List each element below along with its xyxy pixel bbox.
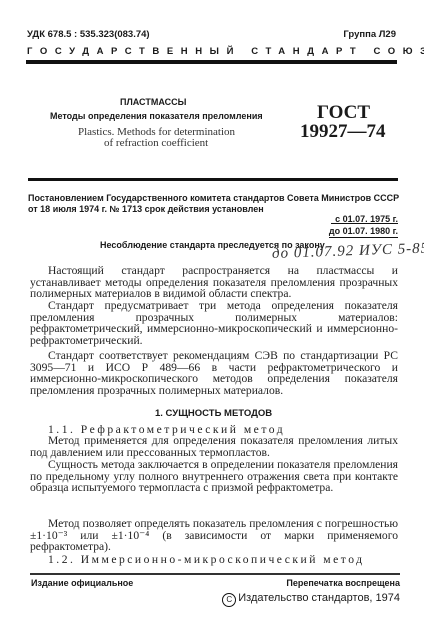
paragraph: Сущность метода заключается в определени… [30,459,398,494]
english-title-line2: of refraction coefficient [104,137,208,149]
decree-line2: от 18 июля 1974 г. № 1713 срок действия … [28,204,399,215]
copyright-icon: C [222,593,236,607]
paragraph: Стандарт предусматривает три метода опре… [30,300,398,347]
copyright-line: CИздательство стандартов, 1974 [222,592,400,607]
paragraph: Стандарт соответствует рекомендациям СЭВ… [30,350,398,397]
paragraph-text: Сущность метода заключается в определени… [30,458,398,494]
subsection-heading: 1.2. Иммерсионно-микроскопический метод [48,553,365,566]
paragraph-text: Метод позволяет определять показатель пр… [30,517,398,553]
paragraph-text: Настоящий стандарт распространяется на п… [30,264,398,300]
paragraph-text: Стандарт предусматривает три метода опре… [30,299,398,347]
paragraph-text: Стандарт соответствует рекомендациям СЭВ… [30,349,398,397]
section-heading: 1. СУЩНОСТЬ МЕТОДОВ [155,408,272,419]
gost-number: 19927—74 [300,121,386,143]
copyright-text: Издательство стандартов, 1974 [238,592,400,604]
edition-note: Издание официальное [31,578,133,588]
validity-to: до 01.07. 1980 г. [329,226,398,238]
udk-code: УДК 678.5 : 535.323(083.74) [27,29,150,40]
group-code: Группа Л29 [343,29,396,40]
state-standard-banner: ГОСУДАРСТВЕННЫЙ СТАНДАРТ СОЮЗА ССР [27,46,424,57]
paragraph: Метод позволяет определять показатель пр… [30,518,398,553]
document-subtitle: Методы определения показателя преломлени… [50,111,263,121]
header-rule [26,60,397,64]
paragraph: Настоящий стандарт распространяется на п… [30,265,398,300]
footer-rule [30,573,400,575]
decree-text: Постановлением Государственного комитета… [28,193,399,214]
reprint-note: Перепечатка воспрещена [286,578,400,588]
document-title: ПЛАСТМАССЫ [120,97,186,107]
date-from-underline [331,223,398,224]
decree-line1: Постановлением Государственного комитета… [28,193,399,204]
paragraph-text: Метод применяется для определения показа… [30,434,398,459]
title-rule [28,178,398,181]
paragraph: Метод применяется для определения показа… [30,435,398,458]
